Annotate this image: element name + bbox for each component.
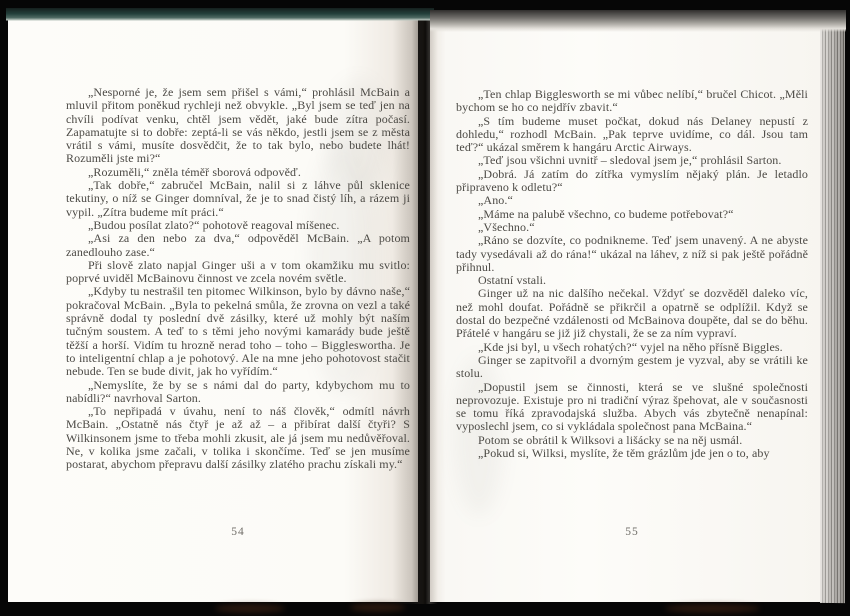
paragraph: „Dobrá. Já zatím do zítřka vymyslím něja… [456, 168, 808, 195]
paragraph: „Ten chlap Bigglesworth se mi vůbec nelí… [456, 88, 808, 115]
paragraph: Ginger už na nic dalšího nečekal. Vždyť … [456, 287, 808, 340]
paragraph: „S tím budeme muset počkat, dokud nás De… [456, 115, 808, 155]
paragraph: „Pokud si, Wilksi, myslíte, že těm grázl… [456, 447, 808, 460]
paragraph: „To nepřipadá v úvahu, není to náš člově… [66, 405, 410, 471]
paragraph: Potom se obrátil k Wilksovi a lišácky se… [456, 434, 808, 447]
page-number-left: 54 [66, 526, 410, 538]
paragraph: „Rozuměli,“ zněla téměř sborová odpověď. [66, 166, 410, 179]
book-page-right: „Ten chlap Bigglesworth se mi vůbec nelí… [430, 26, 822, 602]
stacked-page-edges [820, 28, 845, 603]
paragraph: „Asi za den nebo za dva,“ odpověděl McBa… [66, 232, 410, 259]
page-number-right: 55 [456, 526, 808, 538]
paragraph: „Tak dobře,“ zabručel McBain, nalil si z… [66, 179, 410, 219]
cover-glint [665, 604, 760, 613]
paragraph: „Ano.“ [456, 194, 808, 207]
paragraph: „Kdyby tu nestrašil ten pitomec Wilkinso… [66, 285, 410, 378]
paragraph: Ginger se zapitvořil a dvorným gestem je… [456, 354, 808, 381]
page-left-text: „Nesporné je, že jsem sem přišel s vámi,… [66, 86, 410, 472]
cover-glint [215, 604, 285, 613]
book-page-left: „Nesporné je, že jsem sem přišel s vámi,… [8, 18, 418, 602]
paragraph: „Máme na palubě všechno, co budeme potře… [456, 208, 808, 221]
paragraph: „Kde jsi byl, u všech rohatých?“ vyjel n… [456, 341, 808, 354]
paragraph: Při slově zlato napjal Ginger uši a v to… [66, 259, 410, 286]
page-right-text: „Ten chlap Bigglesworth se mi vůbec nelí… [456, 88, 808, 460]
paragraph: „Nemyslíte, že by se s námi dal do party… [66, 379, 410, 406]
paragraph: „Dopustil jsem se činnosti, která se ve … [456, 381, 808, 434]
paragraph: „Ráno se dozvíte, co podnikneme. Teď jse… [456, 234, 808, 274]
paragraph: „Nesporné je, že jsem sem přišel s vámi,… [66, 86, 410, 166]
paragraph: „Budou posílat zlato?“ pohotově reagoval… [66, 219, 410, 232]
paragraph: Ostatní vstali. [456, 274, 808, 287]
cover-glint [350, 603, 405, 612]
open-book-photo: „Nesporné je, že jsem sem přišel s vámi,… [0, 0, 850, 616]
paragraph: „Teď jsou všichni uvnitř – sledoval jsem… [456, 154, 808, 167]
paragraph: „Všechno.“ [456, 221, 808, 234]
